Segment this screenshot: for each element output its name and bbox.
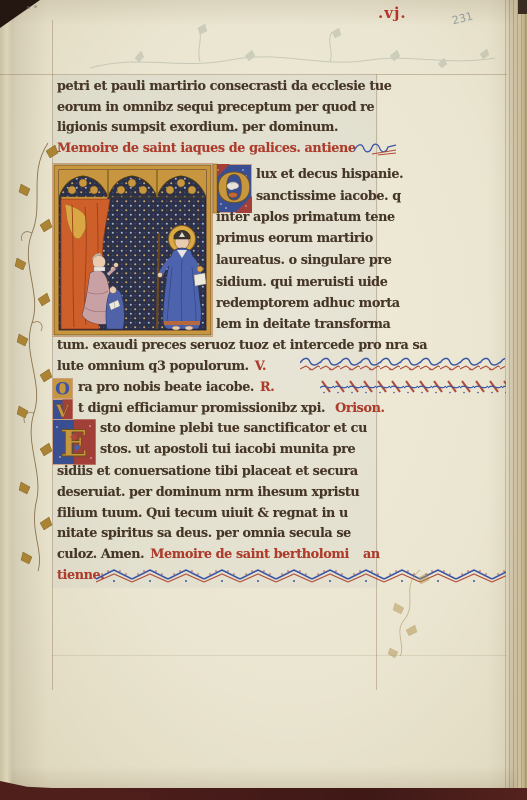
latin-text-line: nitate spiritus sa deus. per omnia secul… <box>57 526 351 541</box>
latin-text-line: sidium. qui meruisti uide <box>216 275 387 290</box>
illuminated-initial-e: E <box>52 419 96 465</box>
latin-text-line: eorum in omnibz sequi preceptum per quod… <box>57 100 374 115</box>
ivy-border-top-icon <box>80 24 505 79</box>
latin-text-line: primus eorum martirio <box>216 231 373 246</box>
initial-letter: E <box>60 423 87 465</box>
latin-text-line: lem in deitate transforma <box>216 317 390 332</box>
versicle-mark: V. <box>255 359 266 374</box>
binding-corner-top-right <box>518 0 527 14</box>
penwork-line-filler-icon <box>320 379 506 395</box>
latin-text-line: redemptorem adhuc morta <box>216 296 400 311</box>
latin-text-line: ligionis sumpsit exordium. per dominum. <box>57 120 338 135</box>
latin-text-line: sto domine plebi tue sanctificator et cu <box>100 421 367 436</box>
latin-text-line: inter aplos primatum tene <box>216 210 395 225</box>
latin-text-line: lux et decus hispanie. <box>256 167 403 182</box>
latin-text-line: laureatus. o singulare pre <box>216 253 392 268</box>
ruling-line-horizontal-bottom <box>52 655 507 656</box>
latin-text: lute omnium q3 populorum. <box>57 359 249 374</box>
rubric-saint-james: Memoire de saint iaques de galices. anti… <box>57 141 356 156</box>
ivy-show-through-icon <box>360 568 430 658</box>
latin-text-line: filium tuum. Qui tecum uiuit & regnat in… <box>57 506 348 521</box>
latin-text: ra pro nobis beate iacobe. <box>78 380 254 395</box>
miniature-saint-james-illustration <box>52 163 213 337</box>
penwork-flourish-icon <box>352 141 398 156</box>
flyspeck-marks <box>27 6 30 9</box>
illuminated-initial-o: O <box>213 164 252 213</box>
latin-text-line: sanctissime iacobe. q <box>256 189 401 204</box>
latin-text: culoz. Amen. <box>57 547 144 562</box>
rubric-orison: Orison. <box>335 401 384 416</box>
manuscript-page-photo: .vj. 231 petri et pauli martirio consecr… <box>0 0 527 800</box>
latin-text: t digni efficiamur promissionibz xpi. <box>78 401 325 416</box>
page-edges-right <box>505 0 527 800</box>
latin-text-line: stos. ut apostoli tui iacobi munita pre <box>100 442 355 457</box>
rubric-saint-bartholomew-end: an <box>363 547 380 562</box>
latin-text-line: t digni efficiamur promissionibz xpi.Ori… <box>78 401 385 416</box>
latin-text-line: ra pro nobis beate iacobe.R. <box>78 380 274 395</box>
penwork-line-filler-icon <box>300 357 505 373</box>
latin-text-line: lute omnium q3 populorum.V. <box>57 359 266 374</box>
rubric-saint-bartholomew: Memoire de saint bertholomi <box>150 547 349 562</box>
initial-letter: O <box>55 380 70 400</box>
quire-mark: .vj. <box>378 4 407 22</box>
ivy-border-left-icon <box>6 143 56 573</box>
latin-text-line: culoz. Amen.Memoire de saint bertholomia… <box>57 547 380 562</box>
response-mark: R. <box>260 380 274 395</box>
latin-text-line: sidiis et conuersatione tibi placeat et … <box>57 464 358 479</box>
latin-text-line: tum. exaudi preces seruoz tuoz et interc… <box>57 338 427 353</box>
latin-text-line: petri et pauli martirio consecrasti da e… <box>57 79 392 94</box>
penwork-zigzag-filler-icon <box>96 566 506 584</box>
latin-text-line: deseruiat. per dominum nrm ihesum xprist… <box>57 485 359 500</box>
